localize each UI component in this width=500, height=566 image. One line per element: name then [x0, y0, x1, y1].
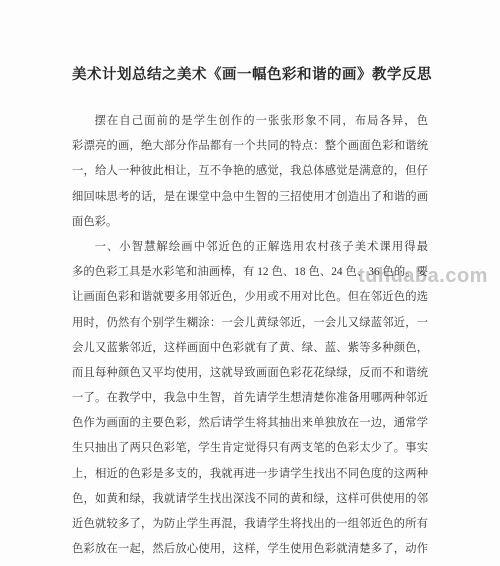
text-line: 多的色彩工具是水彩笔和油画棒，有 12 色、18 色、24 色、36 色的。要 — [72, 260, 428, 285]
text-line: 面色彩。 — [72, 210, 428, 235]
text-line: 摆在自己面前的是学生创作的一张张形象不同，布局各异，色 — [72, 109, 428, 134]
text-line: 会儿又蓝紫邻近，这样画面中色彩就有了黄、绿、蓝、紫等多种颜色， — [72, 336, 428, 361]
document-title: 美术计划总结之美术《画一幅色彩和谐的画》教学反思 — [72, 63, 428, 84]
text-line: 用时，仍然有个别学生糊涂：一会儿黄绿邻近，一会儿又绿蓝邻近，一 — [72, 311, 428, 336]
text-line: 色，如黄和绿，我就请学生找出深浅不同的黄和绿，这样可供使用的邻 — [72, 487, 428, 512]
document-page: 美术计划总结之美术《画一幅色彩和谐的画》教学反思 tuhuaba.com 摆在自… — [0, 0, 500, 566]
text-line: 而且每种颜色又平均使用，这就导致画面色彩花花绿绿，反而不和谐统 — [72, 361, 428, 386]
text-line: 色彩放在一起，然后放心使用，这样，学生使用色彩就清楚多了，动作 — [72, 537, 428, 562]
document-body: 摆在自己面前的是学生创作的一张张形象不同，布局各异，色彩漂亮的画，绝大部分作品都… — [72, 109, 428, 562]
text-line: 近色就较多了，为防止学生再混，我请学生将找出的一组邻近色的所有 — [72, 512, 428, 537]
text-line: 让画面色彩和谐就要多用邻近色，少用或不用对比色。但在邻近色的选 — [72, 285, 428, 310]
text-line: 一、小智慧解绘画中邻近色的正解选用农村孩子美术课用得最 — [72, 235, 428, 260]
text-line: 生只抽出了两只色彩笔，学生肯定觉得只有两支笔的色彩太少了。事实 — [72, 436, 428, 461]
text-line: 一了。在教学中，我急中生智，首先请学生想清楚你准备用哪两种邻近 — [72, 386, 428, 411]
text-line: 上，相近的色彩是多支的，我就再进一步请学生找出不同色度的这两种 — [72, 462, 428, 487]
text-line: 色作为画面的主要色彩，然后请学生将其抽出来单独放在一边，通常学 — [72, 411, 428, 436]
text-line: 细回味思考的话，是在课堂中急中生智的三招使用才创造出了和谐的画 — [72, 185, 428, 210]
text-line: 彩漂亮的画，绝大部分作品都有一个共同的特点：整个画面色彩和谐统 — [72, 134, 428, 159]
text-line: 一，给人一种彼此相让，互不争艳的感觉，我总体感觉是满意的，但仔 — [72, 159, 428, 184]
